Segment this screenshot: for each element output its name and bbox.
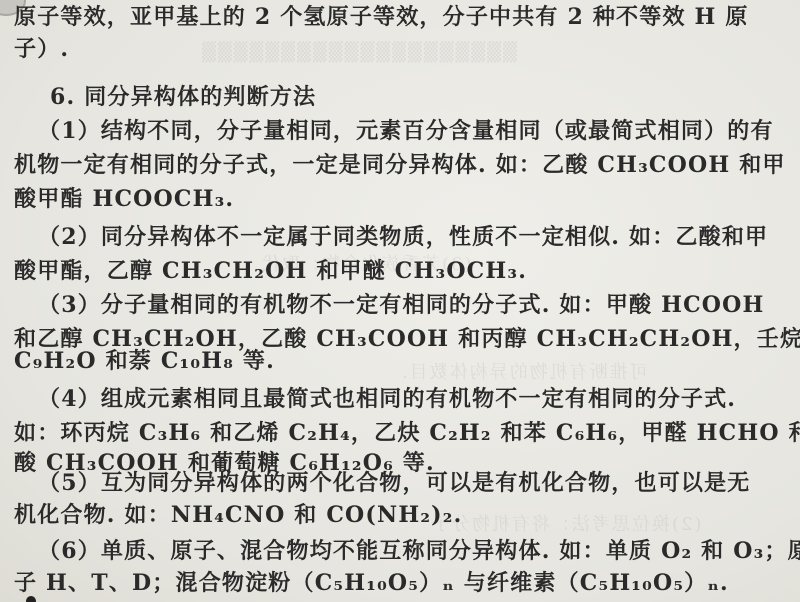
item-1-line-2: 机物一定有相同的分子式，一定是同分异构体. 如：乙酸 CH₃COOH 和甲	[14, 150, 788, 180]
item-3-line-1: （3）分子量相同的有机物不一定有相同的分子式. 如：甲酸 HCOOH	[38, 290, 800, 320]
item-5-line-2: 机化合物. 如：NH₄CNO 和 CO(NH₂)₂.	[14, 500, 788, 530]
text-line-1: 原子等效，亚甲基上的 2 个氢原子等效，分子中共有 2 种不等效 H 原	[14, 2, 788, 32]
item-6-line-1: （6）单质、原子、混合物均不能互称同分异构体. 如：单质 O₂ 和 O₃；原	[38, 536, 800, 566]
item-4-line-1: （4）组成元素相同且最简式也相同的有机物不一定有相同的分子式.	[38, 384, 800, 414]
text-line-2: 子）.	[14, 34, 788, 64]
item-3-line-3: C₉H₂O 和萘 C₁₀H₈ 等.	[14, 346, 788, 376]
item-4-line-2: 如：环丙烷 C₃H₆ 和乙烯 C₂H₄，乙炔 C₂H₂ 和苯 C₆H₆，甲醛 H…	[14, 418, 788, 448]
item-1-line-3: 酸甲酯 HCOOCH₃.	[14, 184, 788, 214]
item-1-line-1: （1）结构不同，分子量相同，元素百分含量相同（或最简式相同）的有	[38, 116, 800, 146]
item-5-line-1: （5）互为同分异构体的两个化合物，可以是有机化合物，也可以是无	[38, 468, 800, 498]
item-2-line-1: （2）同分异构体不一定属于同类物质，性质不一定相似. 如：乙酸和甲	[38, 222, 800, 252]
item-2-line-2: 酸甲酯，乙醇 CH₃CH₂OH 和甲醚 CH₃OCH₃.	[14, 256, 788, 286]
item-6-line-2: 子 H、T、D；混合物淀粉（C₅H₁₀O₅）ₙ 与纤维素（C₅H₁₀O₅）ₙ.	[14, 568, 788, 598]
section-heading: 6. 同分异构体的判断方法	[50, 82, 800, 112]
scanned-page: ▒▒▒▒▒▒▒▒▒▒▒▒▒▒▒▒▒▒▒▒ (3)芳香族化合物：取代 可推断有机物…	[0, 0, 800, 602]
page-bottom-mark	[26, 596, 36, 602]
